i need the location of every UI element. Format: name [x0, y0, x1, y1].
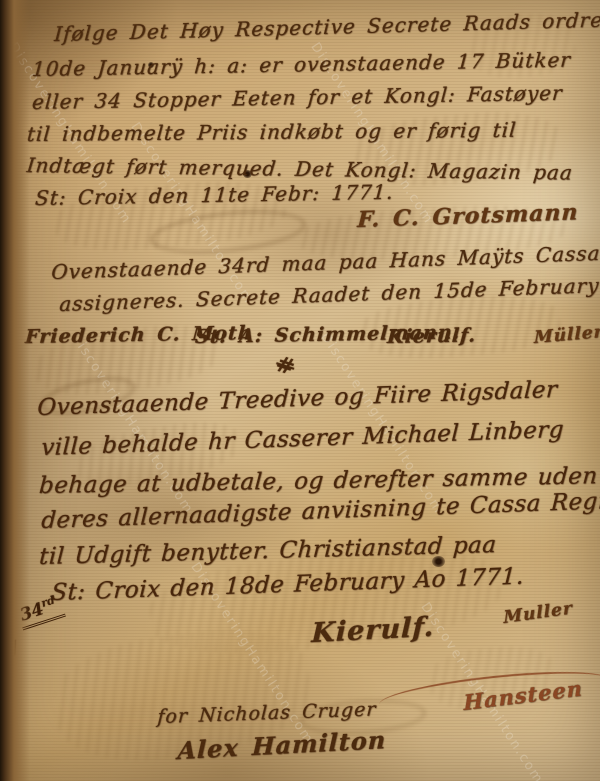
- proxy-line: for Nicholas Cruger: [157, 698, 377, 728]
- signature-muller-2: Muller: [503, 598, 573, 628]
- manuscript-line: 10de Januarÿ h: a: er ovenstaaende 17 Bü…: [31, 48, 572, 81]
- manuscript-line: til indbemelte Priis indkøbt og er førig…: [26, 118, 517, 146]
- manuscript-line: Ovenstaaende Treedive og Fiire Rigsdaler: [37, 377, 558, 421]
- book-binding-edge: [0, 0, 30, 781]
- signature-grotsmann: F. C. Grotsmann: [357, 199, 580, 233]
- manuscript-line: St: Croix den 11te Febr: 1771.: [34, 180, 394, 210]
- signature-kierulf-1: Kierulf.: [386, 324, 477, 348]
- manuscript-line: Ifølge Det Høy Respective Secrete Raads …: [54, 7, 600, 46]
- manuscript-line: til Udgift benytter. Christianstad paa: [38, 532, 497, 570]
- manuscript-line: eller 34 Stopper Eeten for et Kongl: Fas…: [31, 81, 563, 114]
- manuscript-line: ville behalde hr Casserer Michael Linber…: [41, 417, 565, 461]
- manuscript-page: DiscoveringHamilton.com DiscoveringHamil…: [0, 0, 600, 781]
- margin-unit: rd: [40, 594, 57, 611]
- manuscript-line: Indtægt ført merqued. Det Kongl: Magazin…: [26, 153, 575, 185]
- signature-kierulf-2: Kierulf.: [311, 612, 435, 650]
- signature-alex-hamilton: Alex Hamilton: [177, 725, 387, 765]
- manuscript-line: St: Croix den 18de February Ao 1771.: [51, 563, 525, 606]
- signature-muller-1: Müller: [534, 322, 600, 348]
- divider-mark: #: [272, 351, 298, 381]
